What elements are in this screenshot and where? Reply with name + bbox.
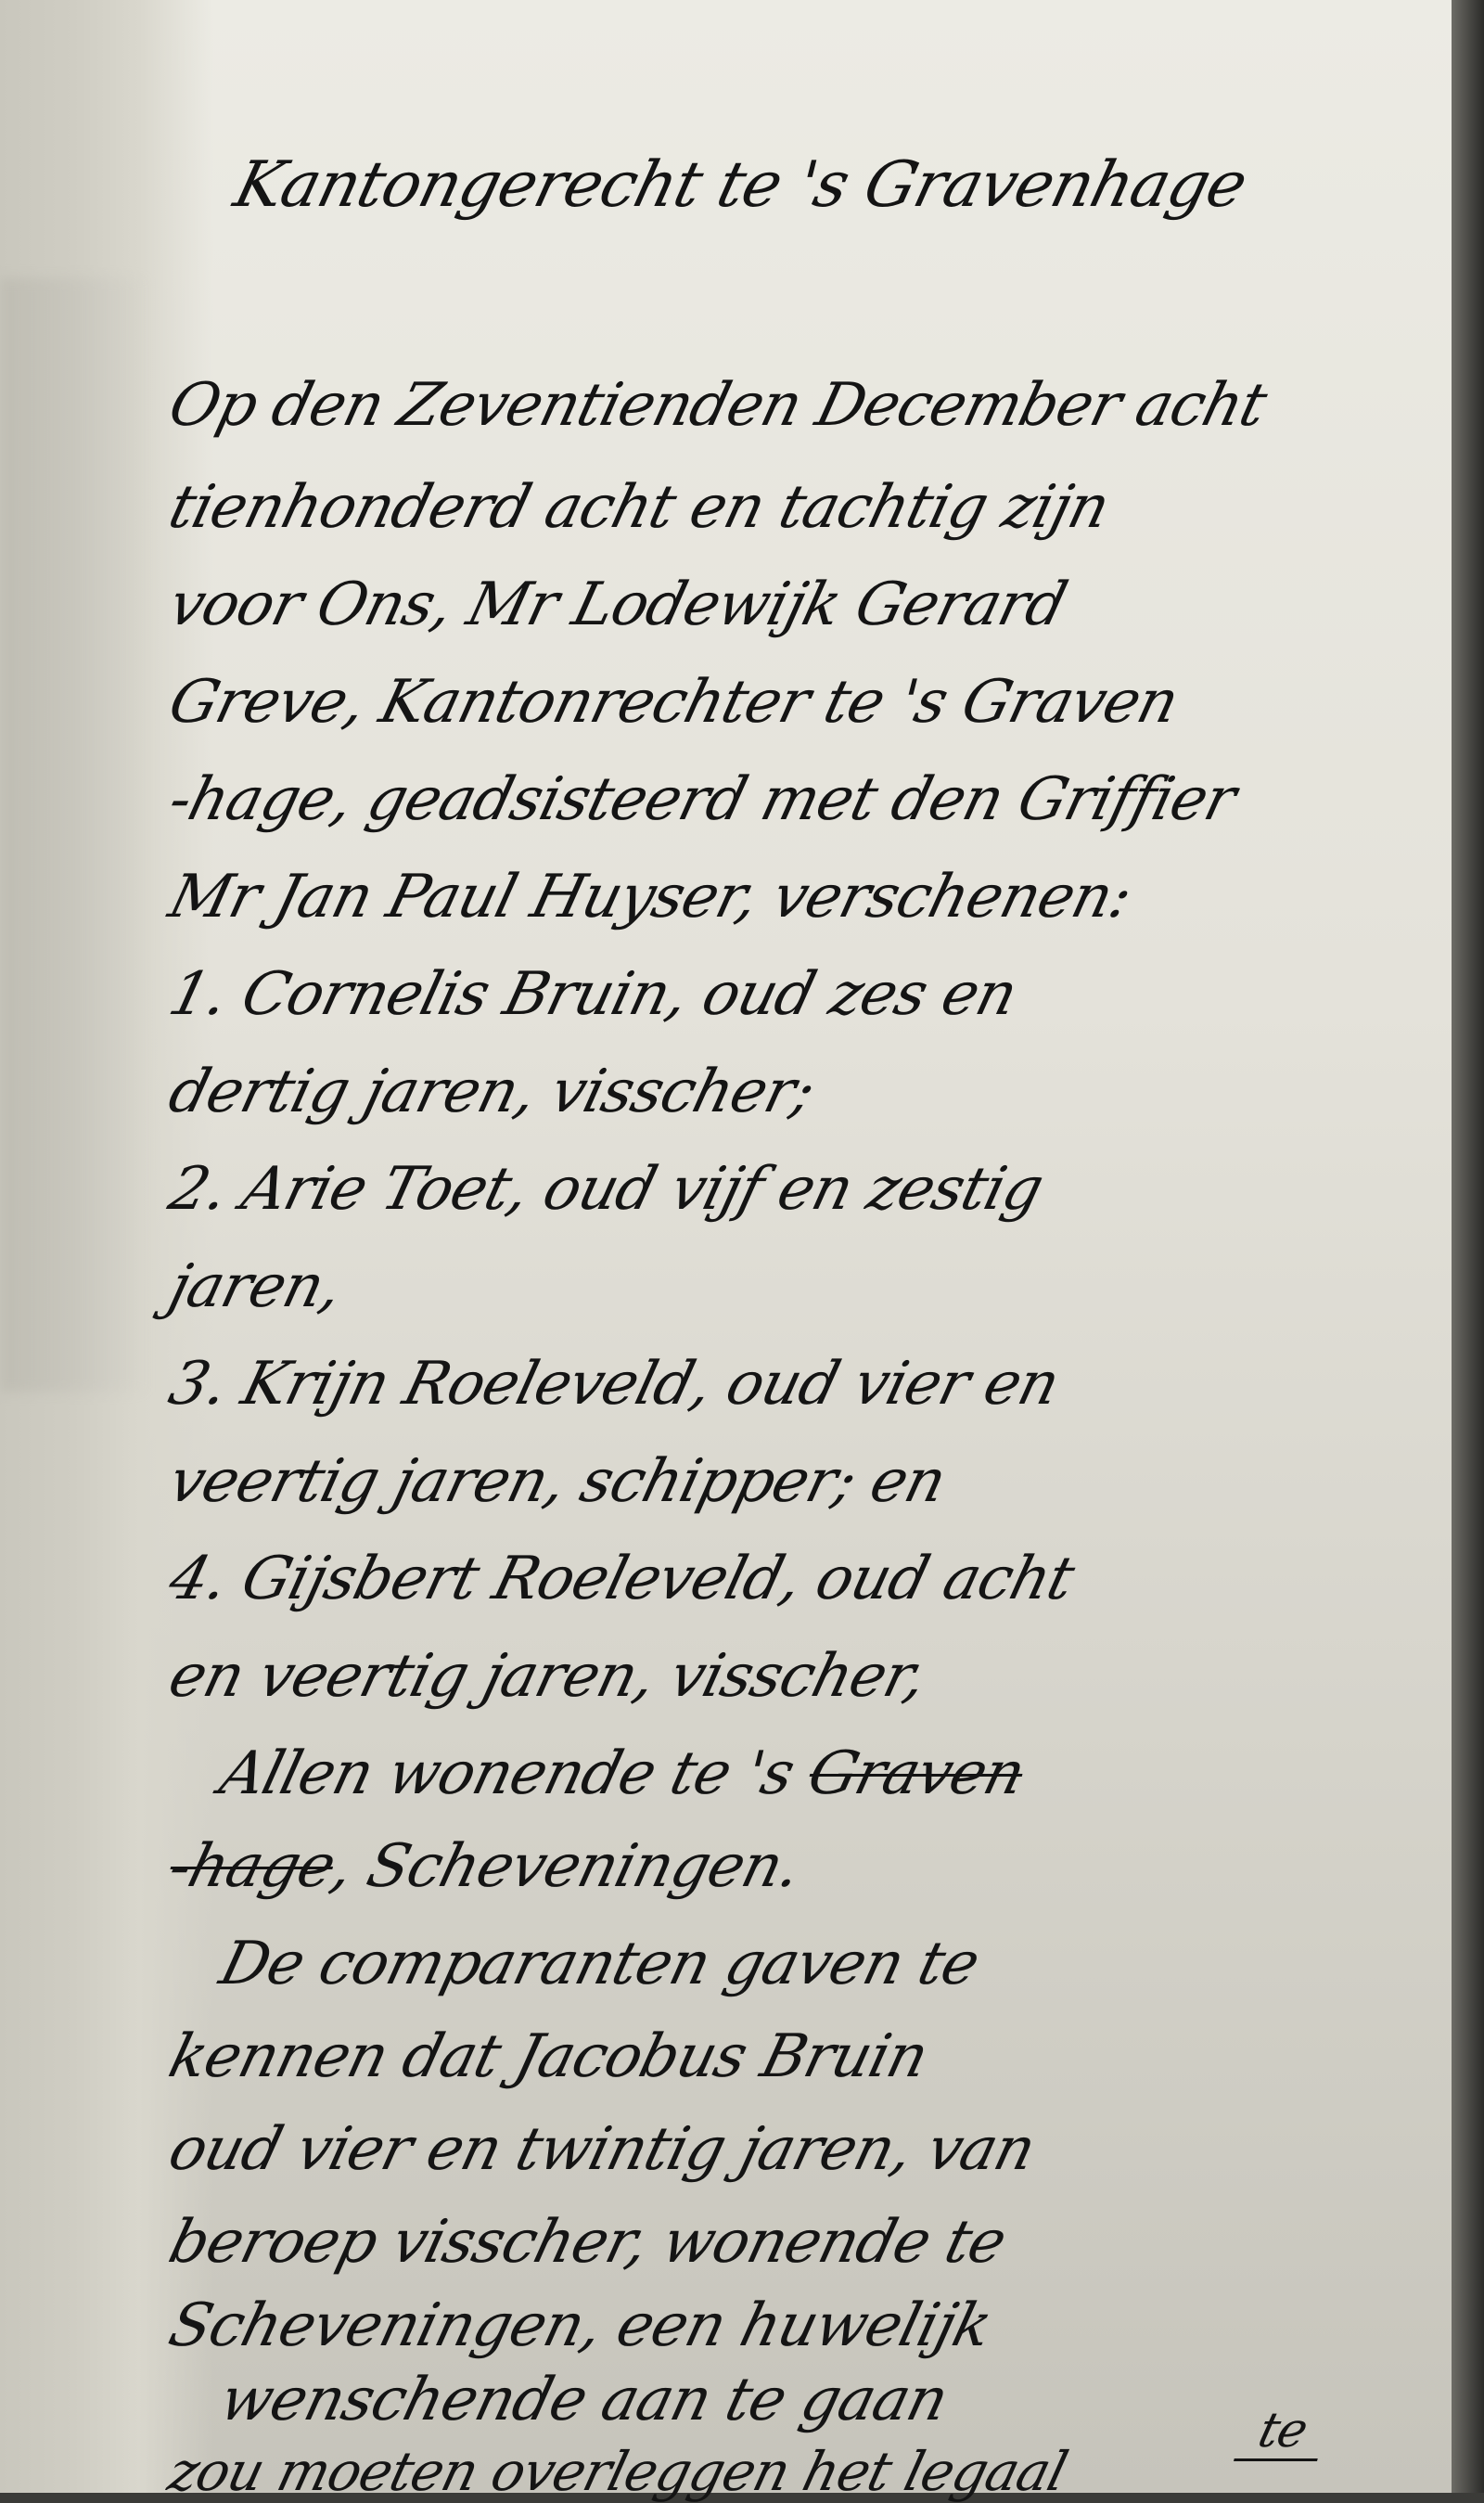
text-line: Mr Jan Paul Huyser, verschenen: bbox=[162, 863, 1138, 931]
text-line: Greve, Kantonrechter te 's Graven bbox=[162, 668, 1184, 737]
catchword: te bbox=[1234, 2403, 1331, 2461]
struck-text: Graven bbox=[801, 1739, 1031, 1808]
text-line: beroep visscher, wonende te bbox=[162, 2208, 1013, 2277]
manuscript-page: Kantongerecht te 's Gravenhage Op den Ze… bbox=[0, 0, 1452, 2493]
text-line: zou moeten overleggen het legaal bbox=[162, 2440, 1073, 2493]
appearer-4-line: 4. Gijsbert Roeleveld, oud acht bbox=[162, 1545, 1081, 1613]
document-heading: Kantongerecht te 's Gravenhage bbox=[227, 148, 1254, 222]
residence-line: Allen wonende te 's Graven bbox=[213, 1739, 1031, 1808]
text-line: wenschende aan te gaan bbox=[213, 2366, 954, 2434]
appearer-2-line: 2. Arie Toet, oud vijf en zestig bbox=[162, 1155, 1049, 1224]
residence-line-cont: -hage, Scheveningen. bbox=[162, 1832, 807, 1901]
page-edge-border bbox=[1452, 0, 1484, 2493]
text-line: Scheveningen, een huwelijk bbox=[162, 2291, 998, 2360]
text-line: oud vier en twintig jaren, van bbox=[162, 2115, 1042, 2184]
appearer-1-line: 1. Cornelis Bruin, oud zes en bbox=[162, 960, 1023, 1029]
text-line: Op den Zeventienden December acht bbox=[162, 371, 1273, 440]
text-line: De comparanten gaven te bbox=[213, 1930, 986, 1998]
text-line: jaren, bbox=[162, 1252, 348, 1321]
text-line: tienhonderd acht en tachtig zijn bbox=[162, 473, 1116, 542]
text-line: veertig jaren, schipper; en bbox=[162, 1447, 953, 1516]
text-line: kennen dat Jacobus Bruin bbox=[162, 2022, 934, 2091]
text-line: -hage, geadsisteerd met den Griffier bbox=[162, 765, 1242, 834]
residence-prefix: Allen wonende te 's bbox=[213, 1739, 819, 1808]
appearer-3-line: 3. Krijn Roeleveld, oud vier en bbox=[162, 1350, 1066, 1418]
text-line: dertig jaren, visscher; bbox=[162, 1058, 821, 1126]
text-line: en veertig jaren, visscher, bbox=[162, 1642, 932, 1711]
correction-text: , Scheveningen. bbox=[325, 1832, 807, 1901]
struck-text: -hage bbox=[162, 1832, 341, 1901]
text-line: voor Ons, Mr Lodewijk Gerard bbox=[162, 571, 1073, 639]
binding-shadow bbox=[0, 278, 148, 1392]
